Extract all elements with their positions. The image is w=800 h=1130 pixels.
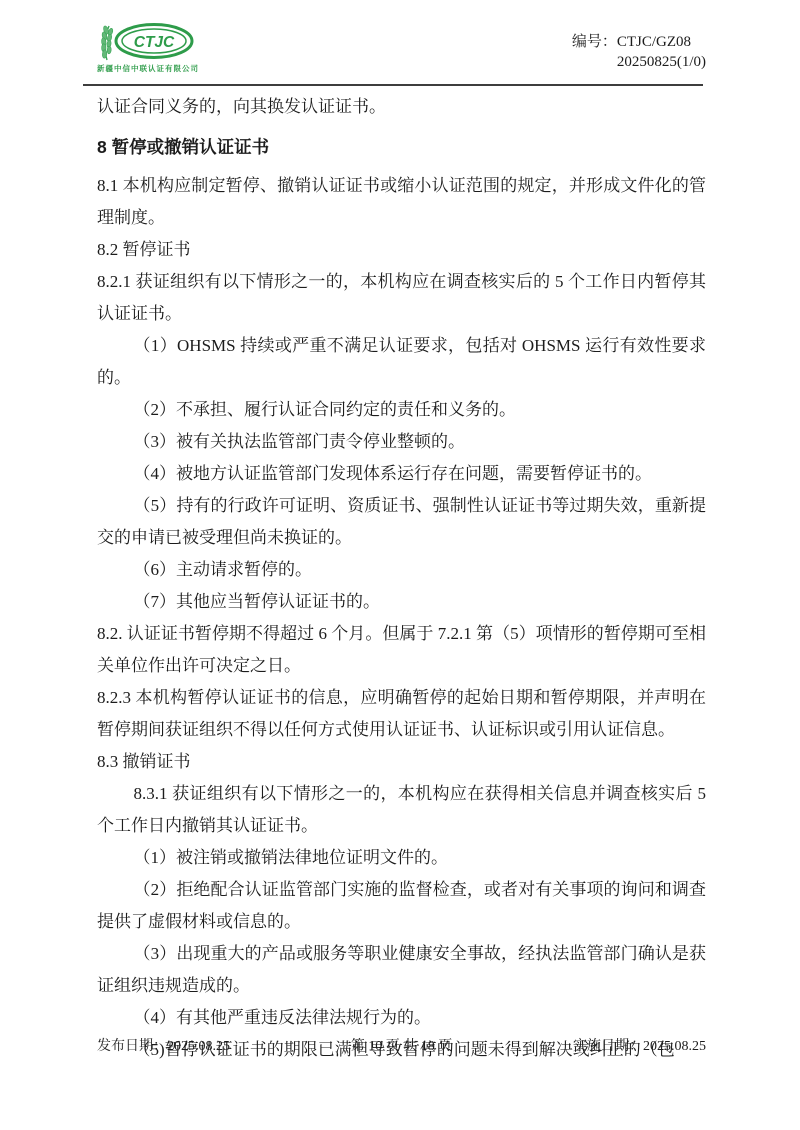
page-number: 第 10 页 共 18 页 [351,1036,453,1058]
doc-version: 20250825(1/0) [617,52,706,72]
paragraph: 8.2.3 本机构暂停认证证书的信息，应明确暂停的起始日期和暂停期限，并声明在暂… [97,682,706,746]
implementation-date: 实施日期：2025.08.25 [573,1036,706,1058]
paragraph: （1）OHSMS 持续或严重不满足认证要求，包括对 OHSMS 运行有效性要求的… [97,330,706,394]
page-header: CTJC 新疆中信中联认证有限公司 编号： CTJC/GZ08 20250825… [97,22,706,74]
paragraph: 8.3 撤销证书 [97,746,706,778]
paragraph: （7）其他应当暂停认证证书的。 [97,586,706,618]
document-body: 认证合同义务的，向其换发认证证书。8 暂停或撤销认证证书8.1 本机构应制定暂停… [97,91,706,1066]
page-footer: 发布日期：2025.08.25 第 10 页 共 18 页 实施日期：2025.… [97,1036,706,1058]
paragraph: （2）拒绝配合认证监管部门实施的监督检查，或者对有关事项的询问和调查提供了虚假材… [97,874,706,938]
doc-meta: 编号： CTJC/GZ08 20250825(1/0) [572,32,706,72]
paragraph: （2）不承担、履行认证合同约定的责任和义务的。 [97,394,706,426]
section-heading: 8 暂停或撤销认证证书 [97,131,706,163]
doc-version-spacer [572,52,617,72]
paragraph: 8.3.1 获证组织有以下情形之一的，本机构应在获得相关信息并调查核实后 5 个… [97,778,706,842]
logo-letters: CTJC [134,34,175,51]
release-date: 发布日期：2025.08.25 [97,1036,230,1058]
paragraph: 8.2 暂停证书 [97,234,706,266]
paragraph: 8.2. 认证证书暂停期不得超过 6 个月。但属于 7.2.1 第（5）项情形的… [97,618,706,682]
paragraph: （6）主动请求暂停的。 [97,554,706,586]
paragraph: （1）被注销或撤销法律地位证明文件的。 [97,842,706,874]
paragraph: （4）被地方认证监管部门发现体系运行存在问题，需要暂停证书的。 [97,458,706,490]
release-date-label: 发布日期： [97,1039,167,1054]
paragraph: （5）持有的行政许可证明、资质证书、强制性认证证书等过期失效，重新提交的申请已被… [97,490,706,554]
paragraph: 8.2.1 获证组织有以下情形之一的，本机构应在调查核实后的 5 个工作日内暂停… [97,266,706,330]
paragraph: （3）被有关执法监管部门责令停业整顿的。 [97,426,706,458]
paragraph: 8.1 本机构应制定暂停、撤销认证证书或缩小认证范围的规定，并形成文件化的管理制… [97,170,706,234]
release-date-value: 2025.08.25 [167,1039,230,1054]
company-name: 新疆中信中联认证有限公司 [97,63,199,74]
implementation-date-label: 实施日期： [573,1039,643,1054]
company-logo: CTJC 新疆中信中联认证有限公司 [97,22,199,74]
header-divider [83,84,703,86]
implementation-date-value: 2025.08.25 [643,1039,706,1054]
document-page: CTJC 新疆中信中联认证有限公司 编号： CTJC/GZ08 20250825… [0,0,800,1130]
ctjc-logo-icon: CTJC [97,22,197,62]
paragraph: （4）有其他严重违反法律法规行为的。 [97,1002,706,1034]
wheat-icon [101,25,114,60]
paragraph: 认证合同义务的，向其换发认证证书。 [97,91,706,123]
paragraph: （3）出现重大的产品或服务等职业健康安全事故，经执法监管部门确认是获证组织违规造… [97,938,706,1002]
doc-number-label: 编号： [572,32,617,52]
doc-number: CTJC/GZ08 [617,32,706,52]
